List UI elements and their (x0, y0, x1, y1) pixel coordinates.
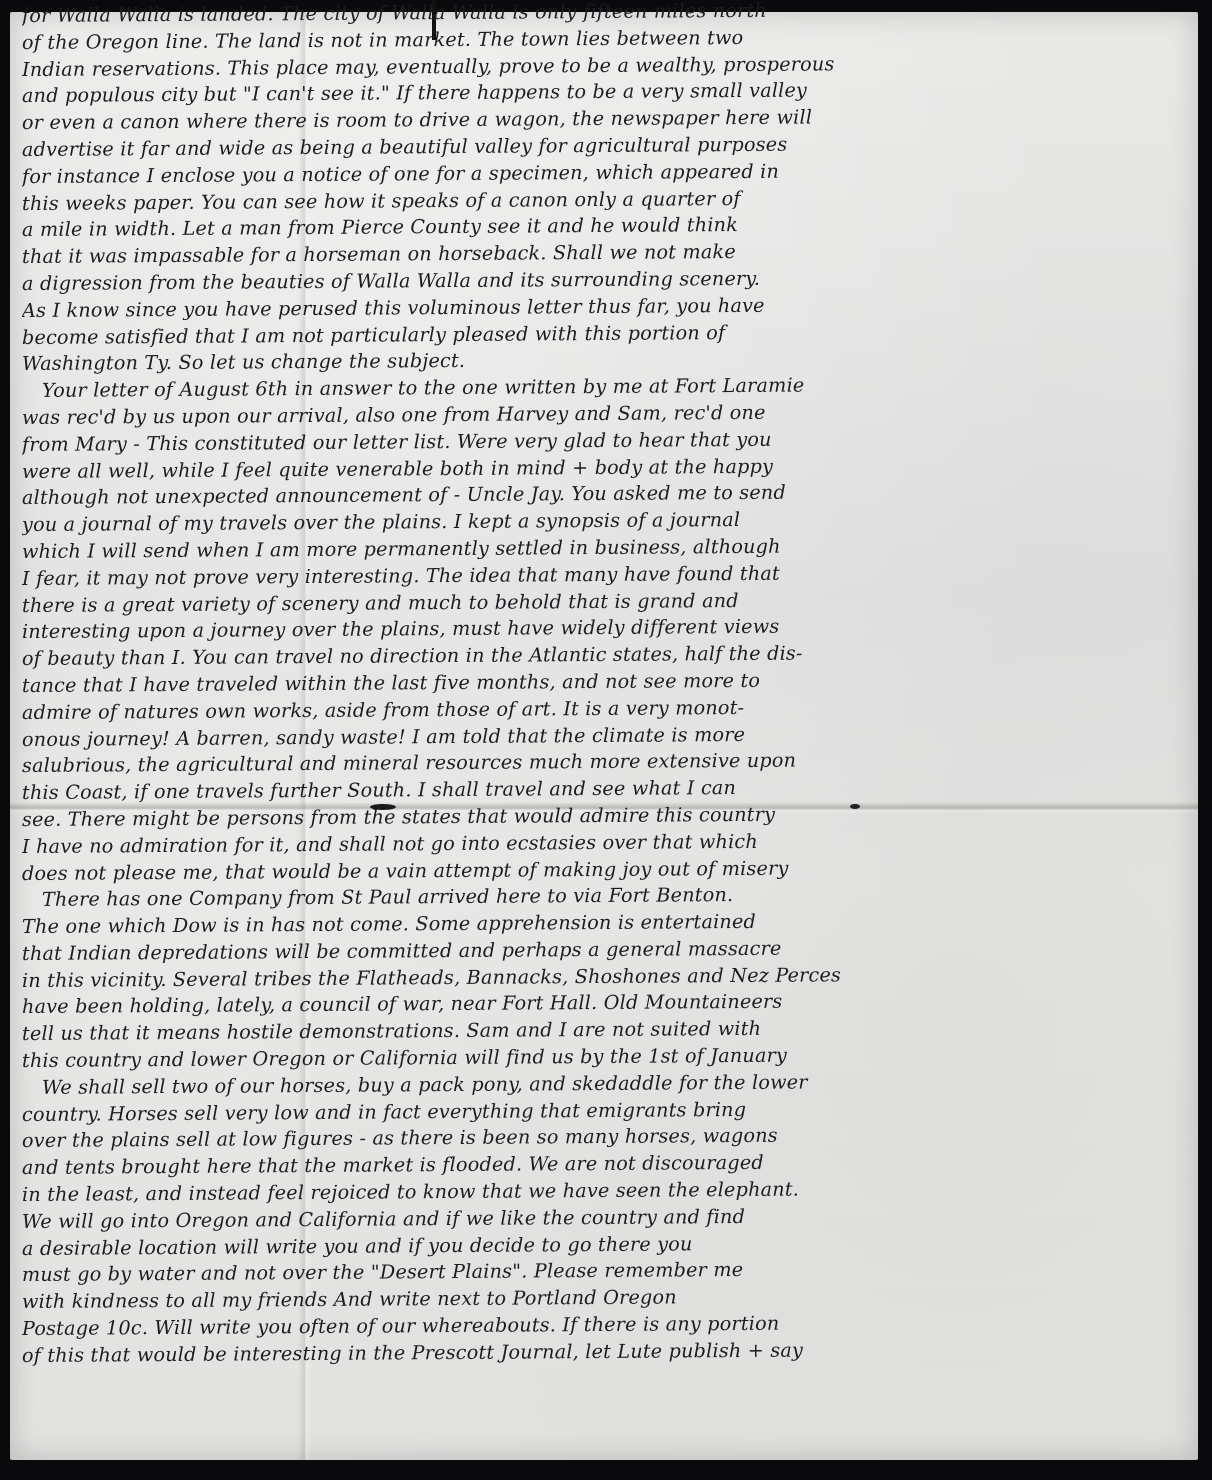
letter-text: for Walla Walla is landed. The city of W… (22, 3, 1182, 1370)
scanned-page: for Walla Walla is landed. The city of W… (0, 0, 1212, 1480)
